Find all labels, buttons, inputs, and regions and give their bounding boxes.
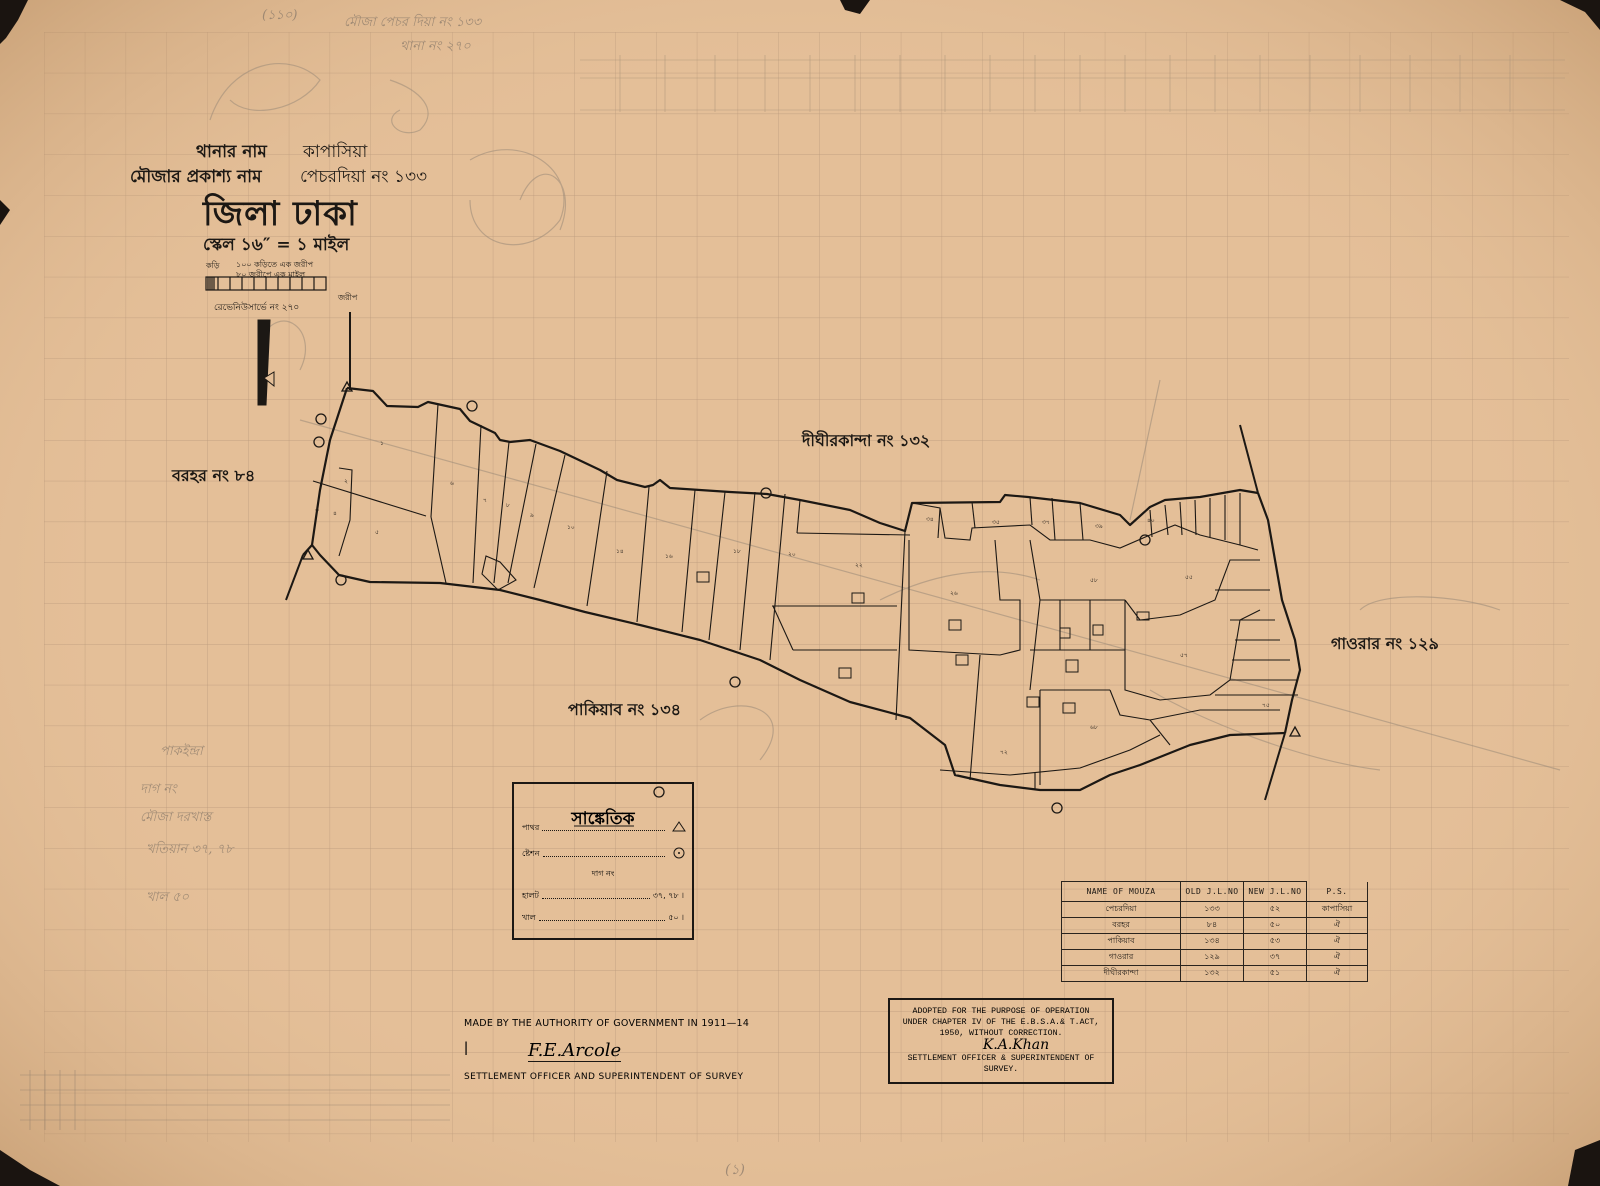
scale-unit-left: কড়ি	[206, 260, 220, 273]
legend-label: হালট	[522, 890, 539, 903]
circled-number-note: (১১০)	[262, 6, 297, 27]
neighbor-borhor: বরহর নং ৮৪	[172, 463, 255, 490]
pencil-note-thana: থানা নং ২৭০	[400, 37, 471, 58]
plot-number: ২৬	[950, 588, 958, 599]
plot-number: ১৪	[616, 546, 624, 557]
left-note-1: পাকইন্দ্রা	[160, 742, 203, 763]
col-header: P.S.	[1307, 882, 1368, 902]
legend-row-plot-number: দাগ নং	[522, 868, 684, 881]
plot-number: ৫৫	[1185, 572, 1193, 583]
table-row: পেচরদিয়া ১৩৩ ৫২ কাপাসিয়া	[1062, 902, 1368, 918]
table-row: পাকিয়াব ১৩৪ ৫৩ ঐ	[1062, 934, 1368, 950]
cell-new-jl: ৩৭	[1244, 950, 1307, 966]
plot-number: ৩	[315, 505, 319, 516]
cell-ps: ঐ	[1307, 934, 1368, 950]
settlement-officer-2a: SETTLEMENT OFFICER & SUPERINTENDENT OF	[890, 1053, 1112, 1064]
cell-mouza: বরহর	[1062, 918, 1181, 934]
legend-label: খাল	[522, 912, 536, 925]
left-note-2: দাগ নং	[140, 780, 177, 801]
plot-number: ২	[344, 476, 348, 487]
legend-box: সাঙ্কেতিক পাথর ষ্টেশন দাগ নং হালট৩৭, ৭৮ …	[512, 782, 694, 940]
neighbor-pakiyab: পাকিয়াব নং ১৩৪	[568, 697, 681, 724]
cell-mouza: গাওরার	[1062, 950, 1181, 966]
sheet-number: ǀ	[464, 1040, 468, 1056]
plot-number: ৯	[530, 510, 534, 521]
plot-number: ৫৮	[1090, 575, 1098, 586]
col-header: NEW J.L.NO	[1244, 882, 1307, 902]
table-row: দীঘীরকান্দা ১৩২ ৫১ ঐ	[1062, 966, 1368, 982]
neighbor-gaorar: গাওরার নং ১২৯	[1331, 631, 1439, 658]
table-header-row: NAME OF MOUZA OLD J.L.NO NEW J.L.NO P.S.	[1062, 882, 1368, 902]
pencil-note-mouza: মৌজা পেচর দিয়া নং ১৩৩	[344, 13, 481, 34]
cell-new-jl: ৫৩	[1244, 934, 1307, 950]
legend-label: ষ্টেশন	[522, 848, 540, 861]
plot-number: ১৮	[733, 546, 741, 557]
plot-number: ৬	[450, 478, 454, 489]
cell-mouza: পেচরদিয়া	[1062, 902, 1181, 918]
plot-number: ৩৯	[1095, 521, 1103, 532]
legend-value: ৩৭, ৭৮ ।	[653, 890, 684, 903]
legend-row-canal: খাল৫০ ।	[522, 912, 684, 925]
cell-old-jl: ১৩২	[1181, 966, 1244, 982]
legend-label: দাগ নং	[592, 868, 615, 881]
legend-row-pillar: পাথর	[522, 822, 668, 835]
plot-number: ২২	[855, 560, 863, 571]
plot-number: ১৬	[665, 551, 673, 562]
cell-old-jl: ১৩৩	[1181, 902, 1244, 918]
plot-number: ৩৪	[926, 514, 934, 525]
signature-1: F.E.Arcole	[528, 1040, 621, 1062]
settlement-officer-1: SETTLEMENT OFFICER AND SUPERINTENDENT OF…	[464, 1072, 743, 1082]
plot-number: ৮	[506, 500, 510, 511]
scale-unit-right: জরীপ	[338, 292, 357, 305]
cell-ps: ঐ	[1307, 966, 1368, 982]
cell-ps: ঐ	[1307, 950, 1368, 966]
col-header: OLD J.L.NO	[1181, 882, 1244, 902]
cell-new-jl: ৫১	[1244, 966, 1307, 982]
plot-number: ১	[380, 438, 384, 449]
cell-mouza: পাকিয়াব	[1062, 934, 1181, 950]
plot-number: ৭	[483, 495, 487, 506]
left-note-5: খাল ৫০	[146, 888, 189, 909]
cell-old-jl: ১২৯	[1181, 950, 1244, 966]
plot-number: ১০	[567, 522, 575, 533]
legend-value: ৫০ ।	[668, 912, 684, 925]
thana-value: কাপাসিয়া	[303, 139, 367, 167]
adopt-line-2: UNDER CHAPTER IV OF THE E.B.S.A.& T.ACT,	[890, 1017, 1112, 1028]
revenue-survey-number: রেভেনিউসার্ভে নং ২৭০	[214, 300, 299, 315]
neighbor-dighirkanda: দীঘীরকান্দা নং ১৩২	[802, 428, 930, 455]
scale-text: স্কেল ১৬″ = ১ মাইল	[203, 232, 349, 260]
cell-old-jl: ৮৪	[1181, 918, 1244, 934]
settlement-officer-2b: SURVEY.	[890, 1064, 1112, 1075]
plot-number: ৫৭	[1180, 650, 1188, 661]
cell-new-jl: ৫০	[1244, 918, 1307, 934]
cell-new-jl: ৫২	[1244, 902, 1307, 918]
col-header: NAME OF MOUZA	[1062, 882, 1181, 902]
mouza-table: NAME OF MOUZA OLD J.L.NO NEW J.L.NO P.S.…	[1061, 881, 1368, 982]
adopt-line-1: ADOPTED FOR THE PURPOSE OF OPERATION	[890, 1006, 1112, 1017]
sheet-circled-number: (১)	[725, 1158, 745, 1182]
legend-row-station: ষ্টেশন	[522, 848, 668, 861]
cell-old-jl: ১৩৪	[1181, 934, 1244, 950]
thana-label: থানার নাম	[196, 139, 267, 167]
plot-number: ৫	[375, 527, 379, 538]
cell-ps: কাপাসিয়া	[1307, 902, 1368, 918]
plot-number: ৭২	[1000, 747, 1008, 758]
plot-number: ২০	[788, 549, 796, 560]
table-row: গাওরার ১২৯ ৩৭ ঐ	[1062, 950, 1368, 966]
legend-row-halot: হালট৩৭, ৭৮ ।	[522, 890, 684, 903]
left-note-4: খতিয়ান ৩৭, ৭৮	[146, 840, 233, 861]
plot-number: ৩৭	[1042, 517, 1050, 528]
made-by-text: MADE BY THE AUTHORITY OF GOVERNMENT IN 1…	[464, 1018, 749, 1029]
cell-mouza: দীঘীরকান্দা	[1062, 966, 1181, 982]
plot-number: ৪০	[1147, 515, 1155, 526]
scale-line-2: ৮০ জরীপে এক মাইল	[236, 269, 305, 282]
cell-ps: ঐ	[1307, 918, 1368, 934]
left-note-3: মৌজা দরখাস্ত	[140, 808, 211, 829]
legend-label: পাথর	[522, 822, 539, 835]
plot-number: ৬৮	[1090, 722, 1098, 733]
plot-number: ৭৫	[1262, 700, 1270, 711]
adoption-stamp: ADOPTED FOR THE PURPOSE OF OPERATION UND…	[888, 998, 1114, 1084]
plot-number: ৪	[333, 508, 337, 519]
plot-number: ৩৫	[992, 517, 1000, 528]
signature-2: K.A.Khan	[920, 1040, 1112, 1051]
map-sheet: (১১০) মৌজা পেচর দিয়া নং ১৩৩ থানা নং ২৭০…	[0, 0, 1600, 1186]
table-row: বরহর ৮৪ ৫০ ঐ	[1062, 918, 1368, 934]
